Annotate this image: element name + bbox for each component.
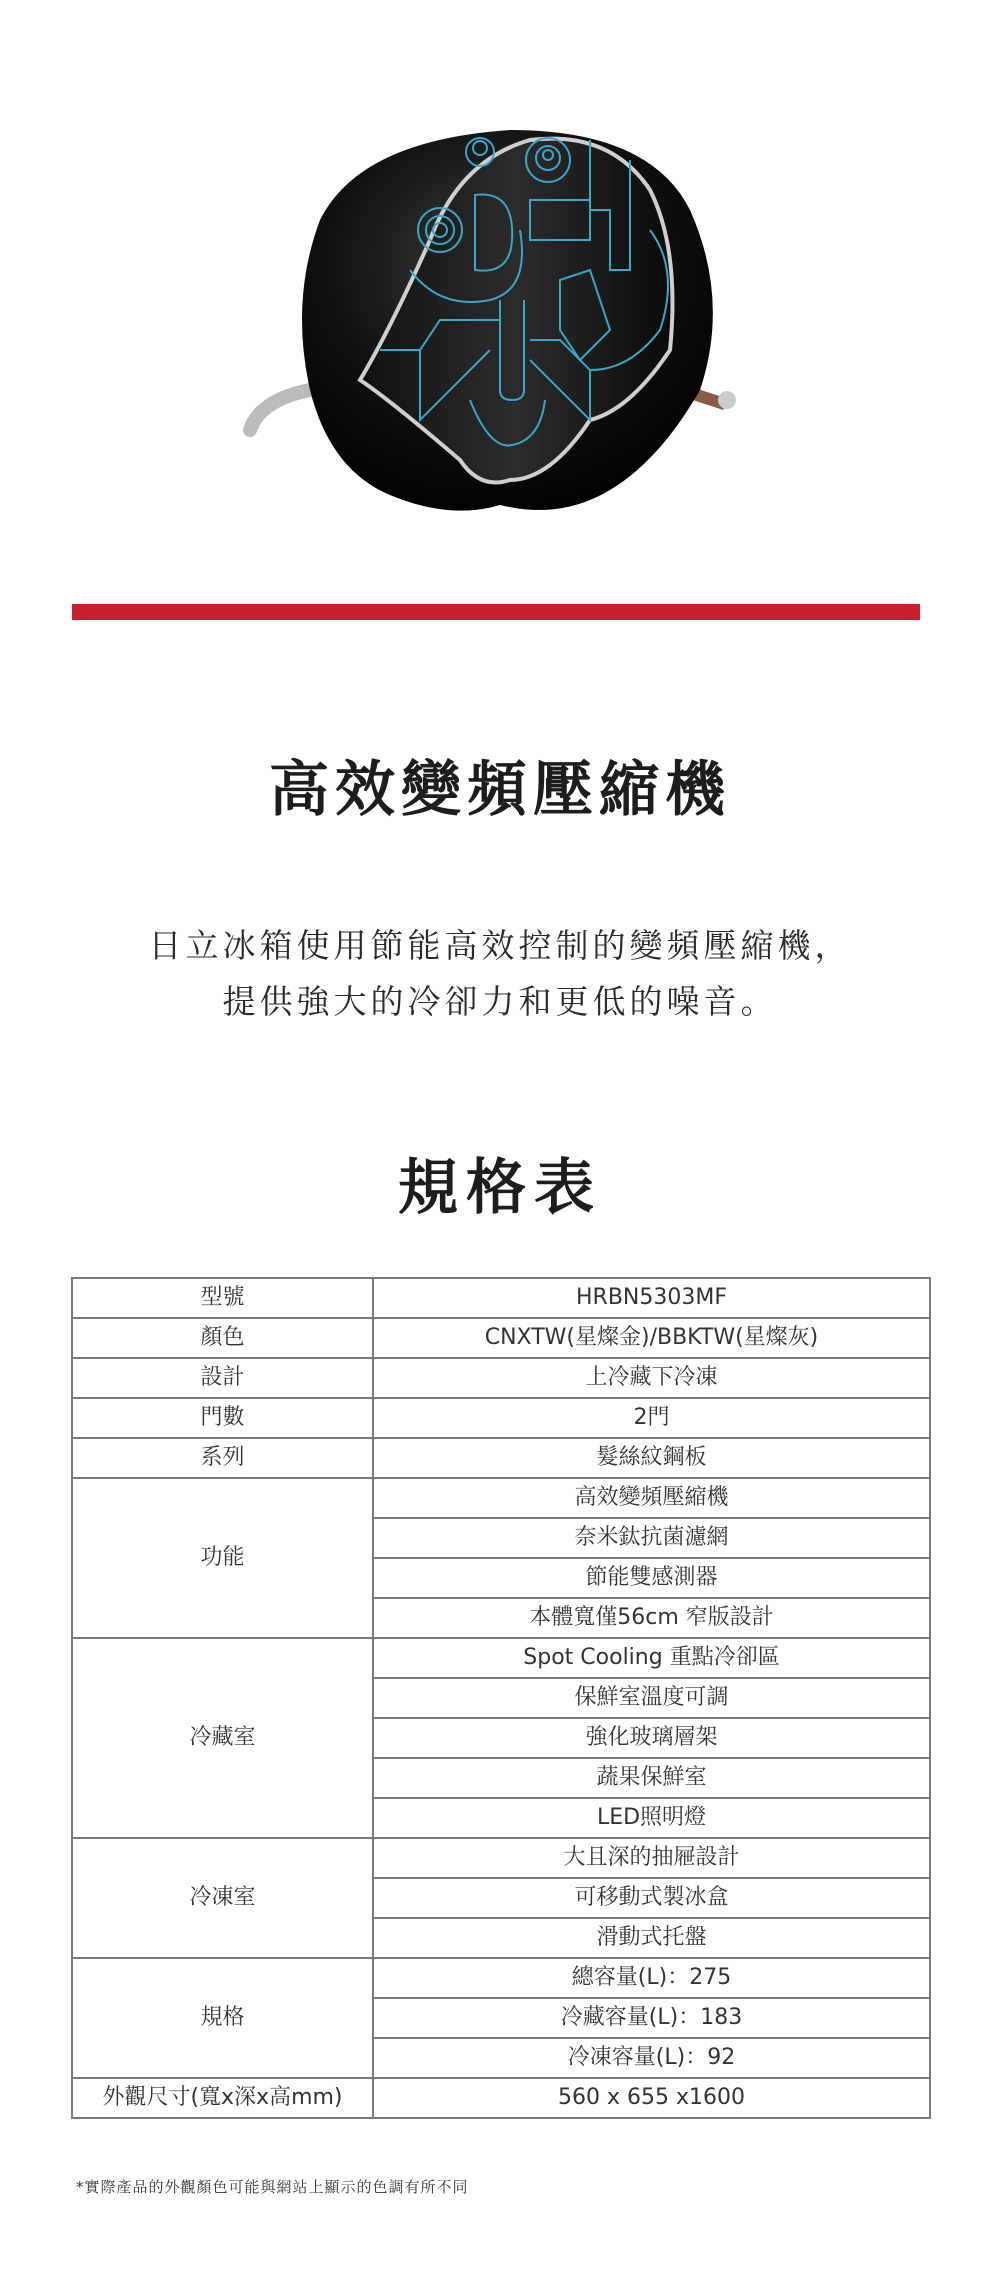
description-line-1: 日立冰箱使用節能高效控制的變頻壓縮機， bbox=[0, 918, 1000, 974]
spec-value: 冷藏容量(L)：183 bbox=[373, 1998, 930, 2038]
spec-label: 門數 bbox=[72, 1398, 373, 1438]
color-disclaimer: *實際產品的外觀顏色可能與網站上顯示的色調有所不同 bbox=[76, 2176, 469, 2197]
spec-value: 奈米鈦抗菌濾網 bbox=[373, 1518, 930, 1558]
spec-value: 本體寬僅56cm 窄版設計 bbox=[373, 1598, 930, 1638]
spec-table-title: 規格表 bbox=[0, 1150, 1000, 1226]
spec-value: 高效變頻壓縮機 bbox=[373, 1478, 930, 1518]
table-row: 冷藏室 Spot Cooling 重點冷卻區 bbox=[72, 1638, 930, 1678]
spec-value: 髮絲紋鋼板 bbox=[373, 1438, 930, 1478]
spec-label: 功能 bbox=[72, 1478, 373, 1638]
table-row: 規格 總容量(L)：275 bbox=[72, 1958, 930, 1998]
description-line-2: 提供強大的冷卻力和更低的噪音。 bbox=[0, 974, 1000, 1030]
spec-value: 冷凍容量(L)：92 bbox=[373, 2038, 930, 2078]
spec-value: 2門 bbox=[373, 1398, 930, 1438]
spec-label: 冷凍室 bbox=[72, 1838, 373, 1958]
spec-value: 強化玻璃層架 bbox=[373, 1718, 930, 1758]
spec-value: 大且深的抽屜設計 bbox=[373, 1838, 930, 1878]
red-divider bbox=[72, 604, 920, 620]
spec-label: 顏色 bbox=[72, 1318, 373, 1358]
table-row: 設計 上冷藏下冷凍 bbox=[72, 1358, 930, 1398]
table-row: 冷凍室 大且深的抽屜設計 bbox=[72, 1838, 930, 1878]
table-row: 外觀尺寸(寬x深x高mm) 560 x 655 x1600 bbox=[72, 2078, 930, 2118]
compressor-image bbox=[230, 100, 770, 520]
spec-value: Spot Cooling 重點冷卻區 bbox=[373, 1638, 930, 1678]
table-row: 型號 HRBN5303MF bbox=[72, 1278, 930, 1318]
spec-value: 滑動式托盤 bbox=[373, 1918, 930, 1958]
spec-label: 設計 bbox=[72, 1358, 373, 1398]
spec-label: 外觀尺寸(寬x深x高mm) bbox=[72, 2078, 373, 2118]
spec-value: LED照明燈 bbox=[373, 1798, 930, 1838]
table-row: 門數 2門 bbox=[72, 1398, 930, 1438]
feature-description: 日立冰箱使用節能高效控制的變頻壓縮機， 提供強大的冷卻力和更低的噪音。 bbox=[0, 918, 1000, 1030]
spec-value: 節能雙感測器 bbox=[373, 1558, 930, 1598]
table-row: 顏色 CNXTW(星燦金)/BBKTW(星燦灰) bbox=[72, 1318, 930, 1358]
spec-value: 可移動式製冰盒 bbox=[373, 1878, 930, 1918]
feature-title: 高效變頻壓縮機 bbox=[0, 752, 1000, 828]
spec-label: 規格 bbox=[72, 1958, 373, 2078]
table-row: 功能 高效變頻壓縮機 bbox=[72, 1478, 930, 1518]
spec-table: 型號 HRBN5303MF 顏色 CNXTW(星燦金)/BBKTW(星燦灰) 設… bbox=[71, 1277, 931, 2119]
spec-value: 保鮮室溫度可調 bbox=[373, 1678, 930, 1718]
spec-value: 上冷藏下冷凍 bbox=[373, 1358, 930, 1398]
table-row: 系列 髮絲紋鋼板 bbox=[72, 1438, 930, 1478]
spec-value: HRBN5303MF bbox=[373, 1278, 930, 1318]
spec-value: 560 x 655 x1600 bbox=[373, 2078, 930, 2118]
spec-label: 系列 bbox=[72, 1438, 373, 1478]
spec-value: CNXTW(星燦金)/BBKTW(星燦灰) bbox=[373, 1318, 930, 1358]
spec-label: 型號 bbox=[72, 1278, 373, 1318]
spec-value: 蔬果保鮮室 bbox=[373, 1758, 930, 1798]
spec-value: 總容量(L)：275 bbox=[373, 1958, 930, 1998]
spec-label: 冷藏室 bbox=[72, 1638, 373, 1838]
